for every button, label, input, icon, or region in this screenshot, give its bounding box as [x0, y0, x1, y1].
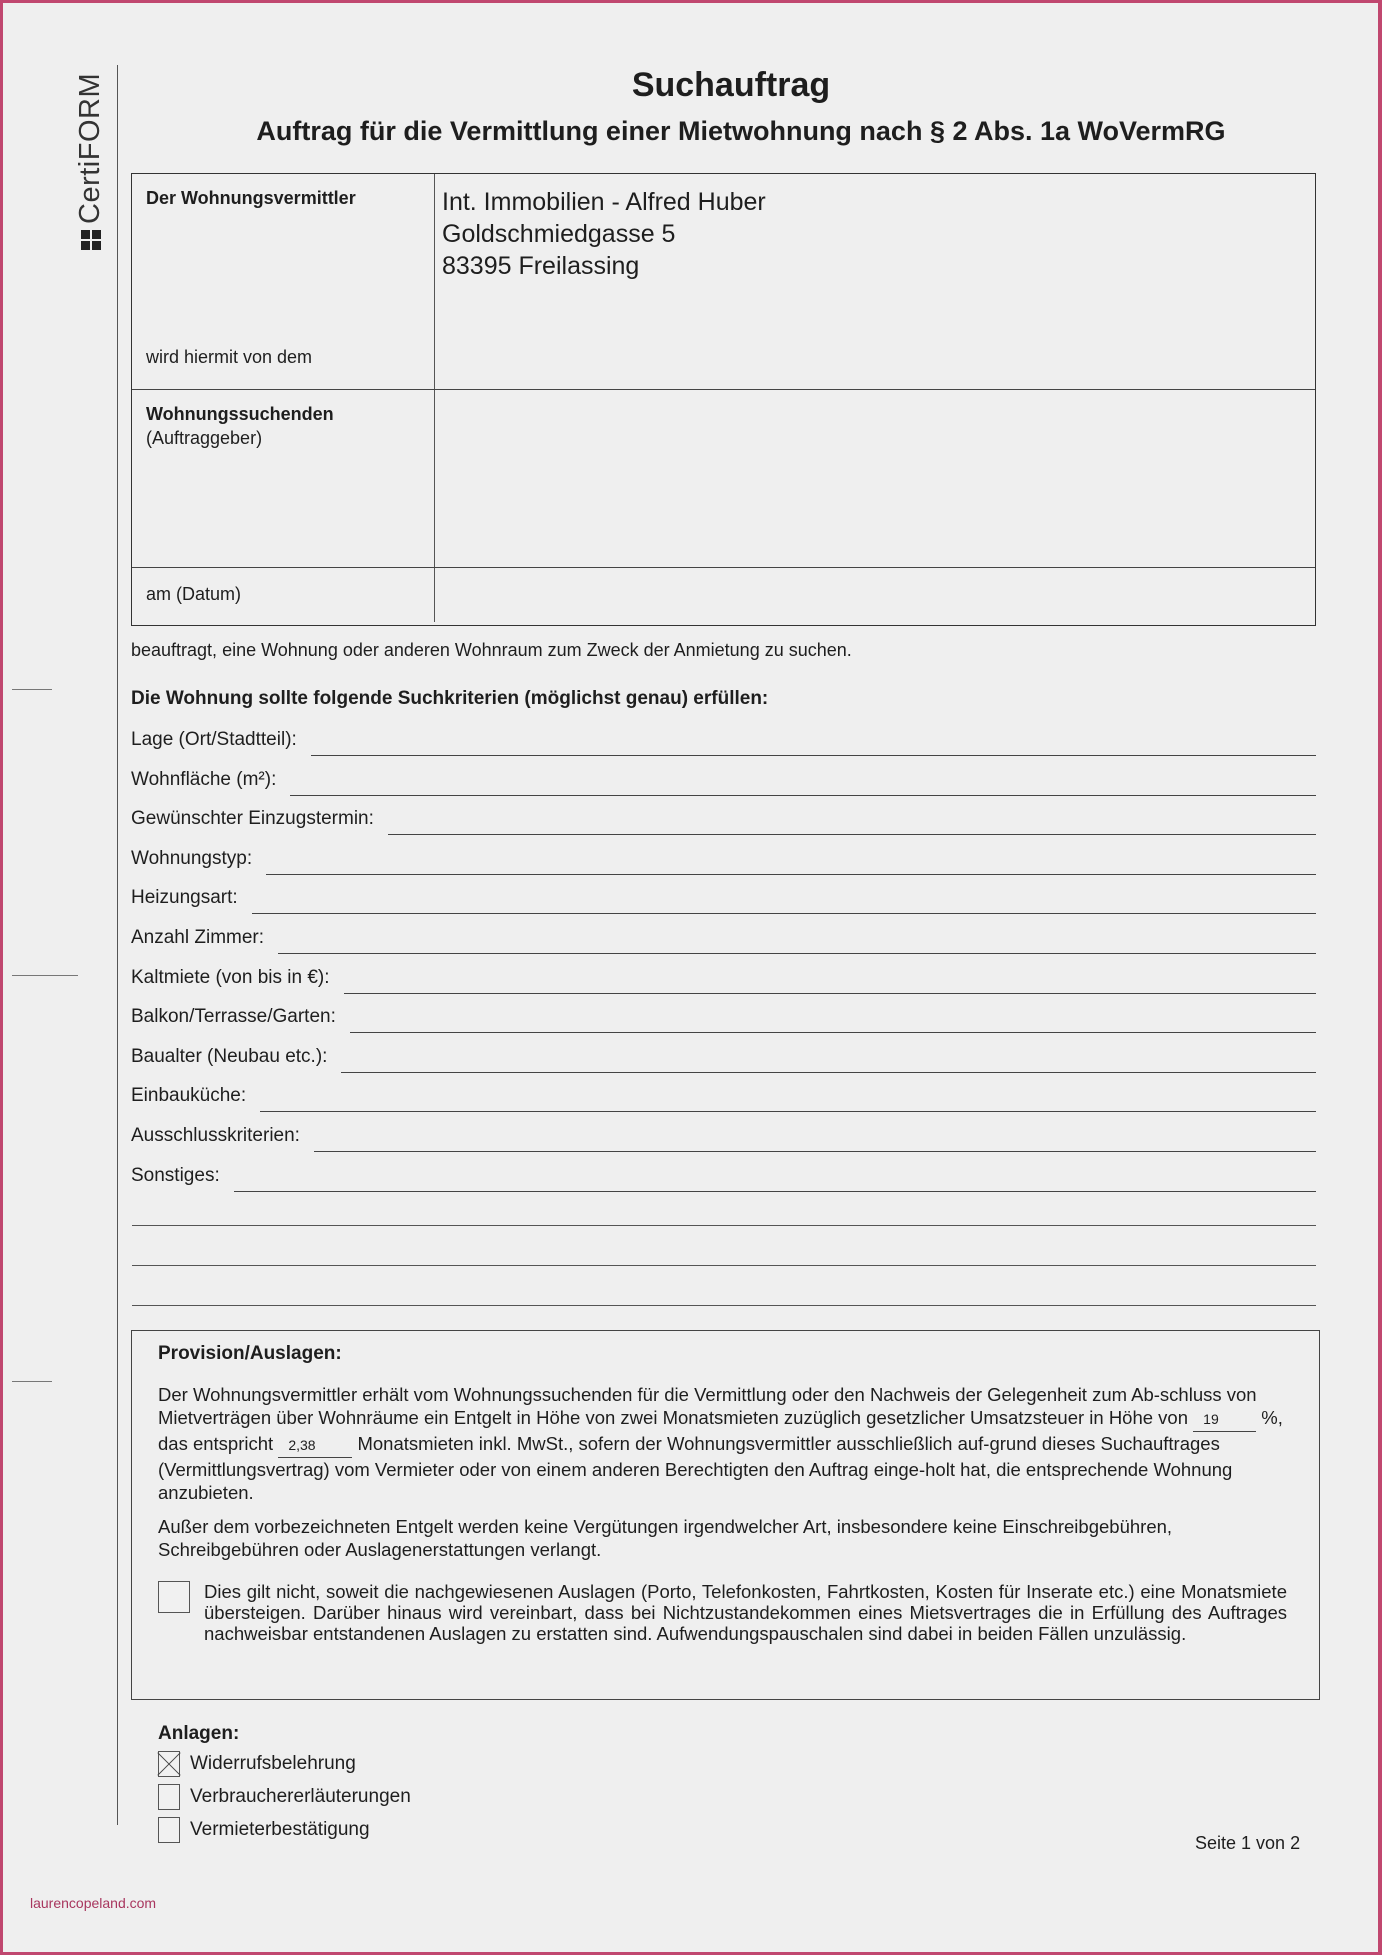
- attachment-checkbox[interactable]: [158, 1751, 180, 1777]
- field-label: Einbauküche:: [131, 1084, 260, 1108]
- field-input[interactable]: [252, 886, 1316, 914]
- field-input[interactable]: [266, 847, 1316, 875]
- criteria-field: Baualter (Neubau etc.):: [131, 1041, 1316, 1069]
- criteria-field: Anzahl Zimmer:: [131, 922, 1316, 950]
- field-input[interactable]: [314, 1124, 1316, 1152]
- criteria-field: Kaltmiete (von bis in €):: [131, 962, 1316, 990]
- attachment-item: Verbrauchererläuterungen: [158, 1784, 411, 1810]
- agent-field[interactable]: Int. Immobilien - Alfred Huber Goldschmi…: [442, 186, 766, 282]
- date-field[interactable]: [436, 568, 1315, 627]
- attachment-label: Verbrauchererläuterungen: [190, 1786, 411, 1808]
- expenses-text: Dies gilt nicht, soweit die nachgewiesen…: [204, 1581, 1287, 1644]
- criteria-field: Gewünschter Einzugstermin:: [131, 803, 1316, 831]
- agent-connector: wird hiermit von dem: [146, 347, 312, 368]
- provision-paragraph: Außer dem vorbezeichneten Entgelt werden…: [158, 1515, 1294, 1561]
- criteria-field: Sonstiges:: [131, 1160, 1316, 1188]
- blank-line[interactable]: [132, 1225, 1316, 1226]
- blank-line[interactable]: [132, 1265, 1316, 1266]
- field-label: Baualter (Neubau etc.):: [131, 1045, 341, 1069]
- field-label: Anzahl Zimmer:: [131, 926, 278, 950]
- criteria-field: Wohnungstyp:: [131, 843, 1316, 871]
- criteria-heading: Die Wohnung sollte folgende Suchkriterie…: [131, 688, 768, 710]
- intro-text: beauftragt, eine Wohnung oder anderen Wo…: [131, 640, 852, 661]
- expenses-checkbox[interactable]: [158, 1581, 190, 1613]
- attachments-heading: Anlagen:: [158, 1723, 239, 1745]
- field-input[interactable]: [260, 1084, 1316, 1112]
- attachment-item: Vermieterbestätigung: [158, 1817, 370, 1843]
- client-label: Wohnungssuchenden: [146, 404, 334, 425]
- page-title: Suchauftrag: [0, 66, 1382, 105]
- client-sublabel: (Auftraggeber): [146, 428, 262, 449]
- fold-mark: [12, 1381, 52, 1382]
- expenses-option: Dies gilt nicht, soweit die nachgewiesen…: [158, 1581, 1294, 1644]
- field-label: Sonstiges:: [131, 1164, 234, 1188]
- field-label: Kaltmiete (von bis in €):: [131, 966, 344, 990]
- field-label: Lage (Ort/Stadtteil):: [131, 728, 311, 752]
- field-input[interactable]: [341, 1045, 1316, 1073]
- watermark: laurencopeland.com: [30, 1895, 156, 1911]
- provision-text: Der Wohnungsvermittler erhält vom Wohnun…: [158, 1384, 1257, 1428]
- criteria-field: Lage (Ort/Stadtteil):: [131, 724, 1316, 752]
- vat-percent-field[interactable]: 19: [1193, 1408, 1256, 1432]
- attachment-label: Widerrufsbelehrung: [190, 1753, 356, 1775]
- months-total-field[interactable]: 2,38: [278, 1434, 352, 1458]
- field-label: Wohnungstyp:: [131, 847, 266, 871]
- field-label: Balkon/Terrasse/Garten:: [131, 1005, 350, 1029]
- criteria-field: Ausschlusskriterien:: [131, 1120, 1316, 1148]
- margin-rule: [117, 65, 118, 1825]
- attachment-item: Widerrufsbelehrung: [158, 1751, 356, 1777]
- date-label: am (Datum): [146, 584, 241, 605]
- field-label: Ausschlusskriterien:: [131, 1124, 314, 1148]
- agent-label: Der Wohnungsvermittler: [146, 188, 356, 209]
- criteria-field: Einbauküche:: [131, 1080, 1316, 1108]
- party-table: Der Wohnungsvermittler wird hiermit von …: [131, 173, 1316, 626]
- field-input[interactable]: [278, 926, 1316, 954]
- field-input[interactable]: [290, 768, 1316, 796]
- four-squares-icon: [81, 230, 101, 250]
- agent-name: Int. Immobilien - Alfred Huber: [442, 186, 766, 218]
- client-field[interactable]: [436, 390, 1315, 567]
- field-input[interactable]: [311, 728, 1316, 756]
- page-subtitle: Auftrag für die Vermittlung einer Mietwo…: [0, 116, 1382, 147]
- blank-line[interactable]: [132, 1305, 1316, 1306]
- date-row: am (Datum): [132, 568, 1315, 627]
- attachment-label: Vermieterbestätigung: [190, 1819, 370, 1841]
- client-row: Wohnungssuchenden (Auftraggeber): [132, 390, 1315, 568]
- criteria-field: Balkon/Terrasse/Garten:: [131, 1001, 1316, 1029]
- field-label: Heizungsart:: [131, 886, 252, 910]
- field-label: Wohnfläche (m²):: [131, 768, 290, 792]
- field-input[interactable]: [344, 966, 1316, 994]
- field-label: Gewünschter Einzugstermin:: [131, 807, 388, 831]
- field-input[interactable]: [234, 1164, 1316, 1192]
- punch-mark: [12, 975, 78, 976]
- agent-city: 83395 Freilassing: [442, 250, 766, 282]
- agent-street: Goldschmiedgasse 5: [442, 218, 766, 250]
- criteria-field: Heizungsart:: [131, 882, 1316, 910]
- attachment-checkbox[interactable]: [158, 1817, 180, 1843]
- criteria-field: Wohnfläche (m²):: [131, 764, 1316, 792]
- provision-box: Provision/Auslagen: Der Wohnungsvermittl…: [131, 1330, 1320, 1700]
- provision-paragraph: Der Wohnungsvermittler erhält vom Wohnun…: [158, 1383, 1294, 1504]
- field-input[interactable]: [350, 1005, 1316, 1033]
- agent-row: Der Wohnungsvermittler wird hiermit von …: [132, 174, 1315, 390]
- provision-heading: Provision/Auslagen:: [158, 1343, 342, 1365]
- field-input[interactable]: [388, 807, 1316, 835]
- attachment-checkbox[interactable]: [158, 1784, 180, 1810]
- fold-mark: [12, 689, 52, 690]
- page-number: Seite 1 von 2: [1195, 1833, 1300, 1854]
